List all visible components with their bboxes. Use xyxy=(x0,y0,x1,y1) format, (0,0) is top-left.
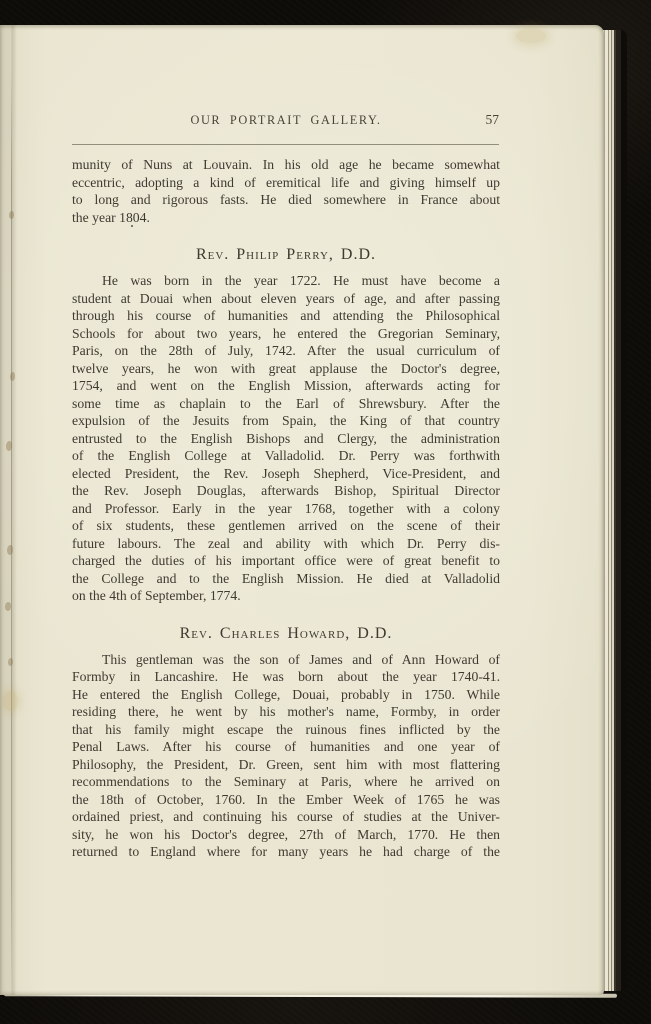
scan-speck xyxy=(8,658,13,666)
text-line: Formby in Lancashire. He was born about … xyxy=(72,668,500,686)
text-line: charged the duties of his important offi… xyxy=(72,552,500,570)
scan-speck xyxy=(5,602,11,611)
text-line: the year 1804. xyxy=(72,209,500,227)
text-line: the Rev. Joseph Douglas, afterwards Bish… xyxy=(72,482,500,500)
scan-speck xyxy=(6,441,12,451)
text-line: eccentric, adopting a kind of eremitical… xyxy=(72,174,500,192)
section-heading: Rev. Philip Perry, D.D. xyxy=(72,246,500,264)
text-line: entrusted to the English Bishops and Cle… xyxy=(72,430,500,448)
book-page: OUR PORTRAIT GALLERY. 57 munity of Nuns … xyxy=(0,25,604,995)
text-line: student at Douai when about eleven years… xyxy=(72,290,500,308)
text-line: twelve years, he won with great applause… xyxy=(72,360,500,378)
text-line: to long and rigorous fasts. He died some… xyxy=(72,191,500,209)
page-number: 57 xyxy=(486,112,500,128)
text-line: He entered the English College, Douai, p… xyxy=(72,686,500,704)
section-heading: Rev. Charles Howard, D.D. xyxy=(72,625,500,643)
text-line: and Professor. Early in the year 1768, t… xyxy=(72,500,500,518)
text-line: Penal Laws. After his course of humaniti… xyxy=(72,738,500,756)
paragraph: This gentleman was the son of James and … xyxy=(72,651,500,861)
text-line: of the English College at Valladolid. Dr… xyxy=(72,447,500,465)
page-stain xyxy=(516,29,546,43)
text-line: Schools for about two years, he entered … xyxy=(72,325,500,343)
text-line: 1754, and went on the English Mission, a… xyxy=(72,377,500,395)
text-line: through his course of humanities and att… xyxy=(72,307,500,325)
text-line: ordained priest, and continuing his cour… xyxy=(72,808,500,826)
text-line: Philosophy, the President, Dr. Green, se… xyxy=(72,756,500,774)
paragraph: He was born in the year 1722. He must ha… xyxy=(72,272,500,605)
page-header: OUR PORTRAIT GALLERY. 57 xyxy=(72,111,500,129)
page-stain xyxy=(3,691,18,711)
running-title: OUR PORTRAIT GALLERY. xyxy=(72,111,500,129)
page-edge-stack xyxy=(601,30,627,991)
text-line: that his family might escape the ruinous… xyxy=(72,721,500,739)
text-line: He was born in the year 1722. He must ha… xyxy=(72,272,500,290)
scanned-book-photo: OUR PORTRAIT GALLERY. 57 munity of Nuns … xyxy=(0,0,651,1024)
scan-speck xyxy=(10,372,15,381)
text-line: munity of Nuns at Louvain. In his old ag… xyxy=(72,156,500,174)
page-body: munity of Nuns at Louvain. In his old ag… xyxy=(72,156,500,861)
text-line: expulsion of the Jesuits from Spain, the… xyxy=(72,412,500,430)
header-rule xyxy=(72,144,499,145)
scan-speck xyxy=(9,211,14,219)
scan-speck xyxy=(7,545,13,555)
paragraph: munity of Nuns at Louvain. In his old ag… xyxy=(72,156,500,226)
text-line: returned to England where for many years… xyxy=(72,843,500,861)
text-line: This gentleman was the son of James and … xyxy=(72,651,500,669)
text-line: the 18th of October, 1760. In the Ember … xyxy=(72,791,500,809)
text-line: residing there, he went by his mother's … xyxy=(72,703,500,721)
text-line: the College and to the English Mission. … xyxy=(72,570,500,588)
text-line: future labours. The zeal and ability wit… xyxy=(72,535,500,553)
text-line: some time as chaplain to the Earl of Shr… xyxy=(72,395,500,413)
text-line: Paris, on the 28th of July, 1742. After … xyxy=(72,342,500,360)
text-line: on the 4th of September, 1774. xyxy=(72,587,500,605)
text-line: sity, he won his Doctor's degree, 27th o… xyxy=(72,826,500,844)
text-line: recommendations to the Seminary at Paris… xyxy=(72,773,500,791)
text-line: of six students, these gentlemen arrived… xyxy=(72,517,500,535)
text-line: elected President, the Rev. Joseph Sheph… xyxy=(72,465,500,483)
gutter-crease xyxy=(11,70,12,987)
